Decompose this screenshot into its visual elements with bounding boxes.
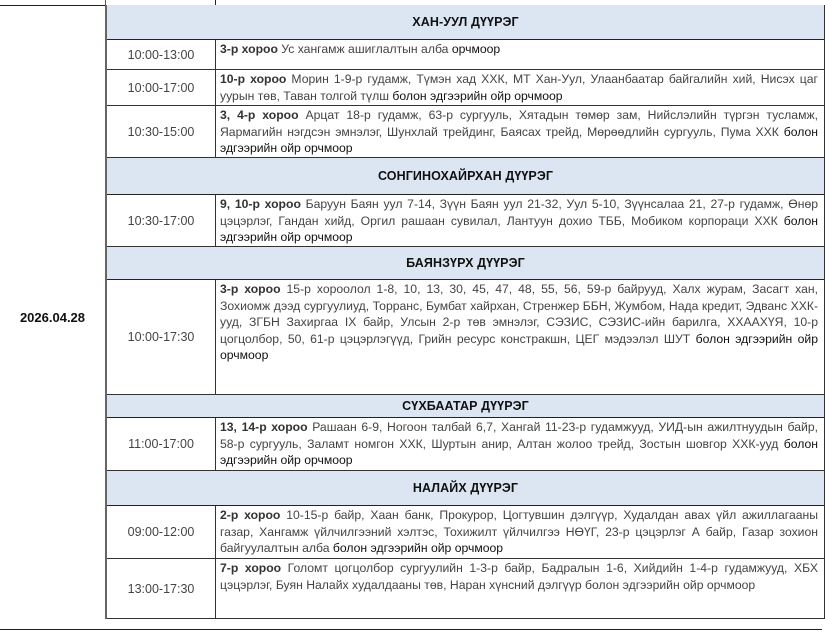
row-divider [0,629,107,630]
table-row: 11:00-17:0013, 14-р хороо Рашаан 6-9, Но… [107,418,824,471]
description-cell: 3-р хороо Ус хангамж ашиглалтын алба орч… [216,40,824,69]
district-header: СОНГИНОХАЙРХАН ДҮҮРЭГ [107,158,824,195]
outage-schedule-table: 2026.04.28 ХАН-УУЛ ДҮҮРЭГ10:00-13:003-р … [0,0,825,635]
description-cell: 3, 4-р хороо Арцат 18-р гудамж, 63-р сур… [216,106,824,157]
vicinity-note: орчмоор [452,42,500,56]
row-divider [105,629,822,630]
table-row: 10:00-17:0010-р хороо Морин 1-9-р гудамж… [107,70,824,106]
time-cell: 10:00-17:30 [107,280,216,394]
district-header: СҮХБААТАР ДҮҮРЭГ [107,395,824,418]
table-row: 13:00-17:307-р хороо Голомт цогцолбор су… [107,559,824,619]
khoroo-label: 10-р хороо [220,72,286,86]
description-cell: 7-р хороо Голомт цогцолбор сургуулийн 1-… [216,559,824,618]
description-cell: 10-р хороо Морин 1-9-р гудамж, Түмэн хад… [216,70,824,105]
time-cell: 13:00-17:30 [107,559,216,618]
vicinity-note: болон эдгээрийн ойр орчмоор [220,125,818,156]
vicinity-note: болон эдгээрийн ойр орчмоор [220,214,818,245]
vicinity-note: болон эдгээрийн ойр орчмоор [392,89,562,103]
schedule-grid: ХАН-УУЛ ДҮҮРЭГ10:00-13:003-р хороо Ус ха… [105,5,825,619]
time-cell: 09:00-12:00 [107,506,216,558]
khoroo-label: 2-р хороо [220,508,280,522]
khoroo-label: 7-р хороо [220,561,281,575]
khoroo-label: 3, 4-р хороо [220,108,299,122]
district-header: БАЯНЗҮРХ ДҮҮРЭГ [107,247,824,280]
district-header: НАЛАЙХ ДҮҮРЭГ [107,471,824,506]
description-cell: 3-р хороо 15-р хороолол 1-8, 10, 13, 30,… [216,280,824,394]
time-cell: 10:00-17:00 [107,70,216,105]
description-cell: 13, 14-р хороо Рашаан 6-9, Ногоон талбай… [216,418,824,470]
khoroo-label: 3-р хороо [220,42,278,56]
table-row: 10:30-17:009, 10-р хороо Баруун Баян уул… [107,195,824,247]
vicinity-note: болон эдгээрийн ойр орчмоор [220,437,818,468]
khoroo-label: 9, 10-р хороо [220,197,301,211]
vicinity-note: болон эдгээрийн ойр орчмоор [220,332,818,363]
description-cell: 2-р хороо 10-15-р байр, Хаан банк, Проку… [216,506,824,558]
vicinity-note: болон эдгээрийн ойр орчмоор [333,541,503,555]
description-cell: 9, 10-р хороо Баруун Баян уул 7-14, Зүүн… [216,195,824,246]
khoroo-label: 13, 14-р хороо [220,420,308,434]
date-cell: 2026.04.28 [0,6,105,629]
time-cell: 11:00-17:00 [107,418,216,470]
time-cell: 10:30-17:00 [107,195,216,246]
khoroo-label: 3-р хороо [220,282,281,296]
table-row: 09:00-12:002-р хороо 10-15-р байр, Хаан … [107,506,824,559]
table-row: 10:00-17:303-р хороо 15-р хороолол 1-8, … [107,280,824,395]
time-cell: 10:00-13:00 [107,40,216,69]
table-row: 10:30-15:003, 4-р хороо Арцат 18-р гудам… [107,106,824,158]
district-header: ХАН-УУЛ ДҮҮРЭГ [107,5,824,40]
table-row: 10:00-13:003-р хороо Ус хангамж ашиглалт… [107,40,824,70]
time-cell: 10:30-15:00 [107,106,216,157]
